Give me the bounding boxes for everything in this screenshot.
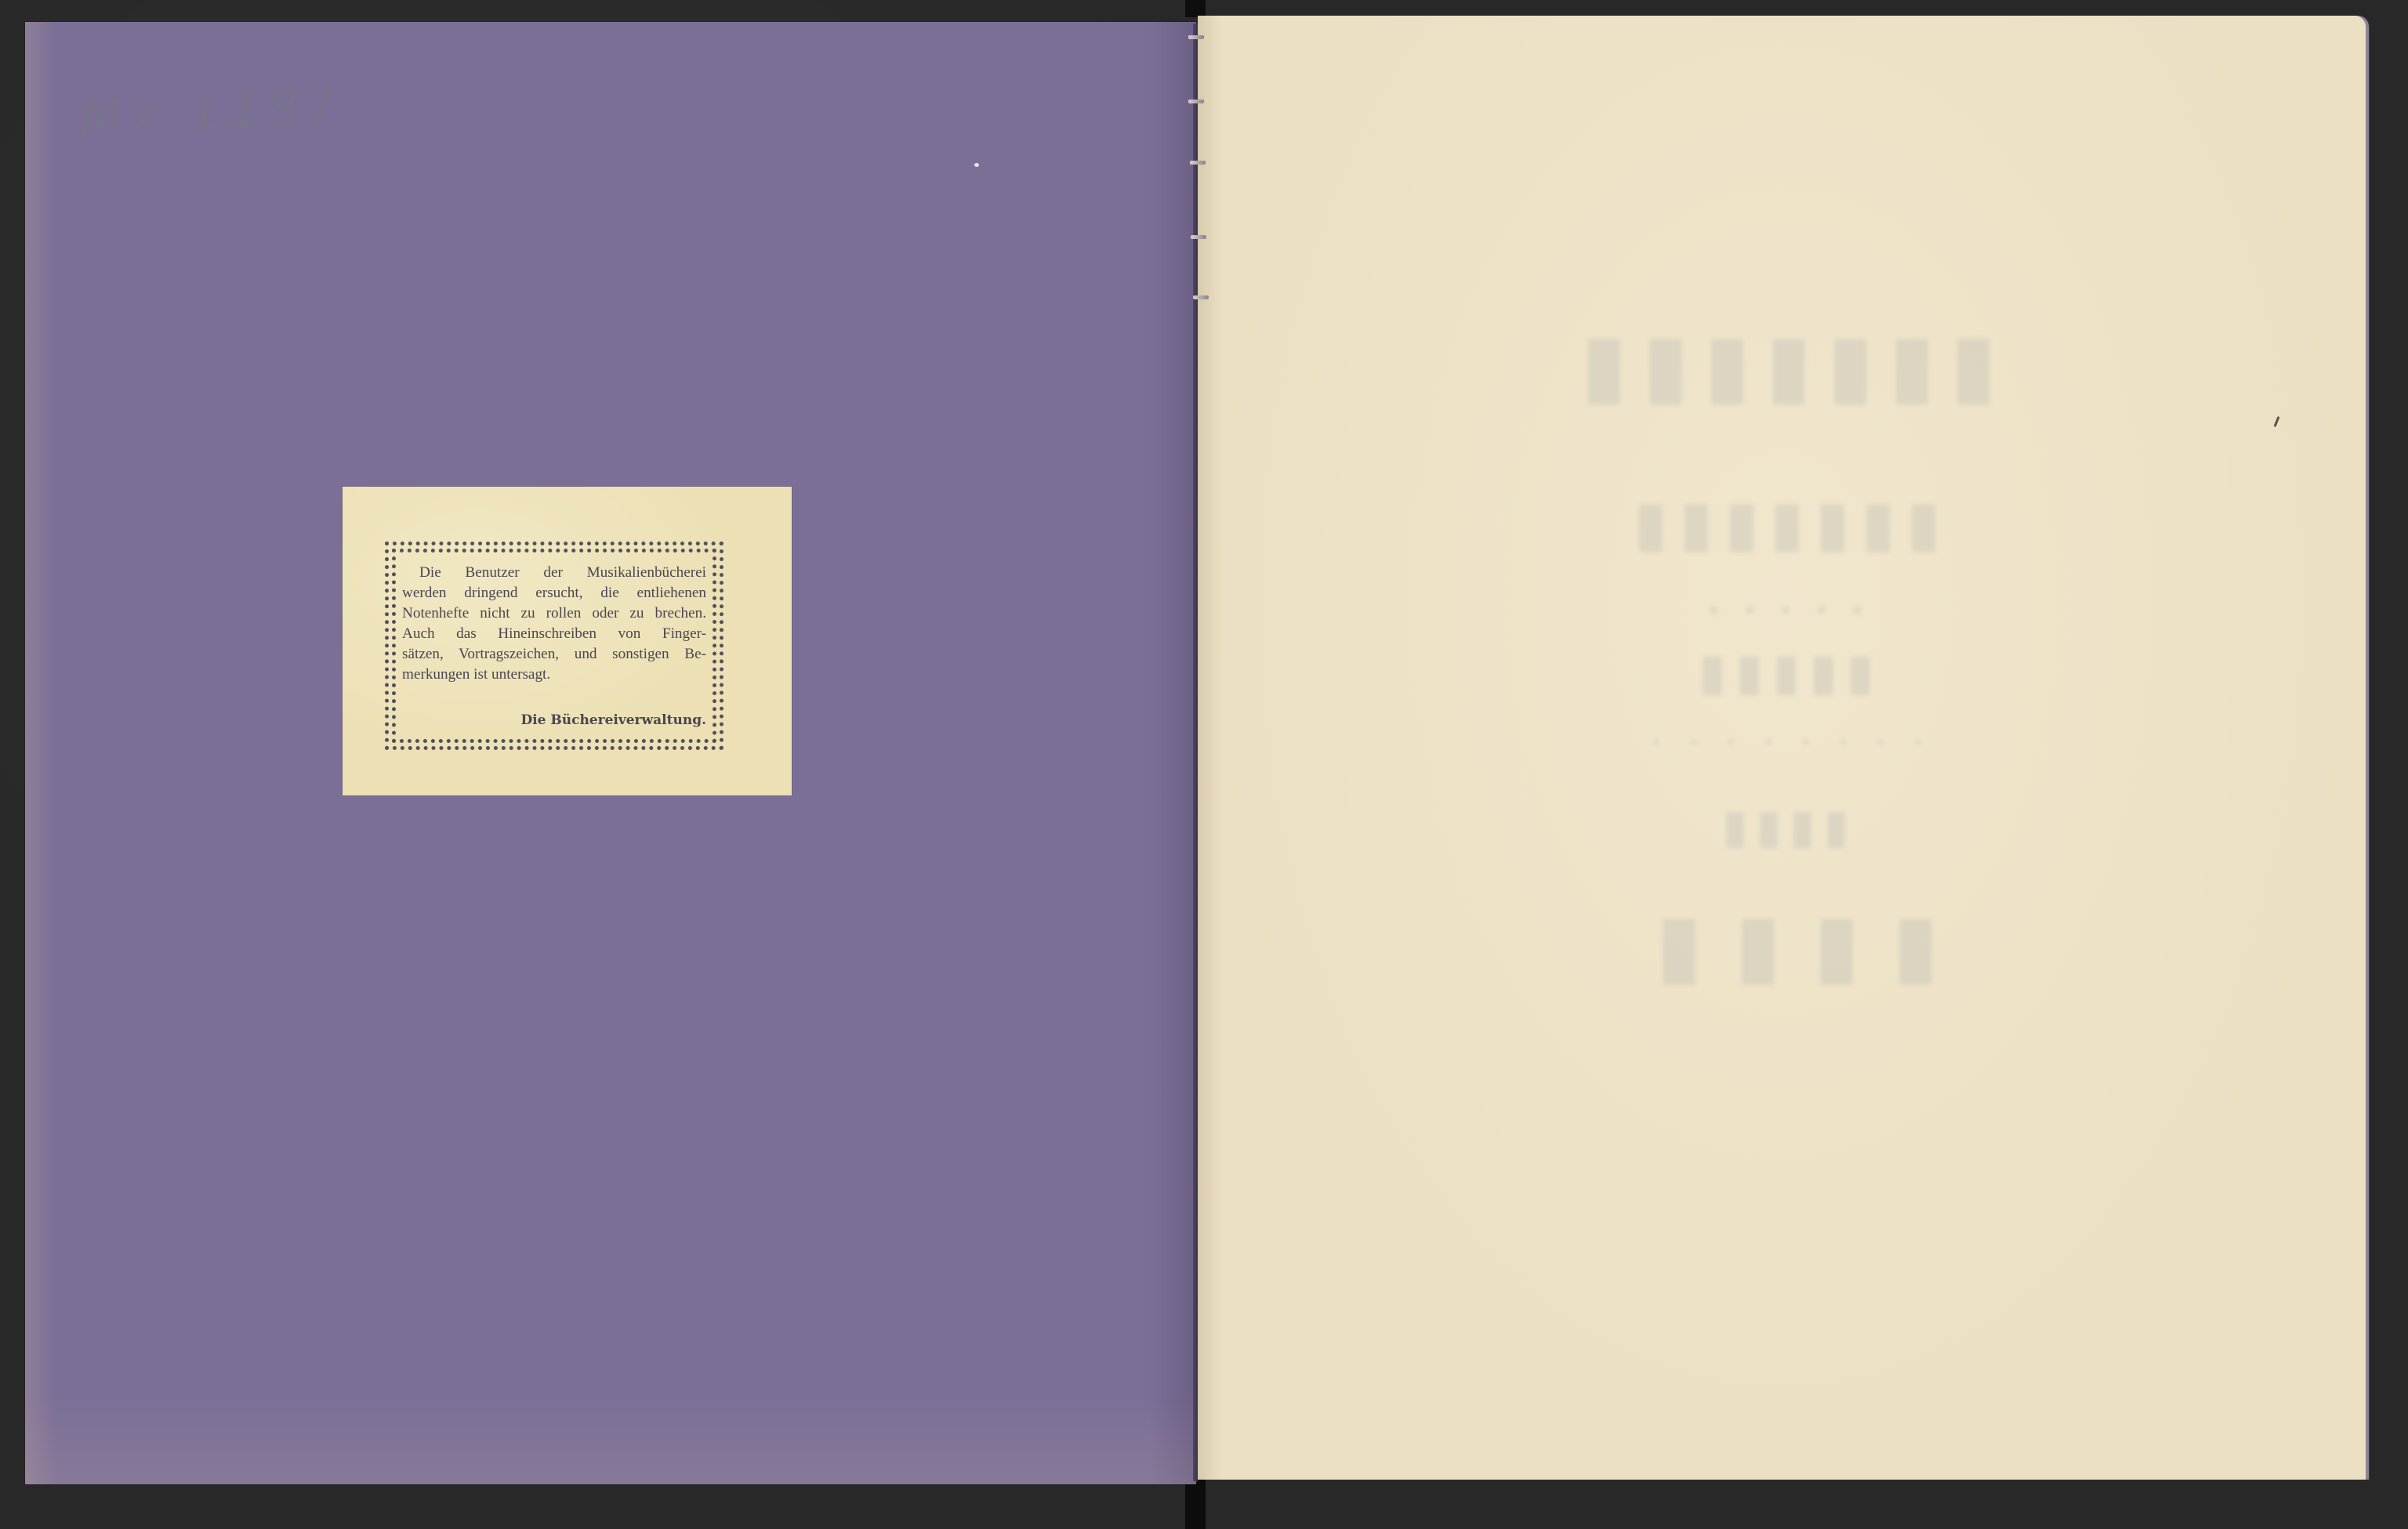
pencil-shelfmark: Mx 1187: [78, 76, 346, 147]
library-notice-label: Die Benutzer der Musikalienbücherei werd…: [343, 487, 792, 795]
notice-line: sätzen, Vortragszeichen, und sonstigen B…: [402, 644, 706, 665]
notice-signature: Die Büchereiverwaltung.: [520, 712, 706, 728]
book-spine: [1193, 24, 1198, 1481]
notice-line: Auch das Hineinschreiben von Finger-: [402, 624, 706, 644]
right-page: [1198, 16, 2366, 1480]
notice-text: Die Benutzer der Musikalienbücherei werd…: [402, 563, 706, 685]
notice-line: merkungen ist untersagt.: [402, 665, 706, 685]
binding-stitch: [1191, 235, 1206, 239]
notice-line: Notenhefte nicht zu rollen oder zu brech…: [402, 603, 706, 624]
binding-stitch: [1188, 35, 1204, 39]
left-page-cover: Mx 1187 Die Benutzer der Musikalienbüche…: [25, 22, 1196, 1484]
notice-line: werden dringend ersucht, die entliehenen: [402, 583, 706, 603]
spine-gap-top: [1185, 0, 1206, 17]
dotted-border-outer: Die Benutzer der Musikalienbücherei werd…: [385, 542, 723, 750]
binding-stitch: [1188, 100, 1204, 103]
paper-fleck: [974, 163, 979, 167]
notice-line: Die Benutzer der Musikalienbücherei: [402, 563, 706, 583]
binding-stitch: [1190, 161, 1206, 165]
binding-stitch: [1193, 295, 1209, 299]
